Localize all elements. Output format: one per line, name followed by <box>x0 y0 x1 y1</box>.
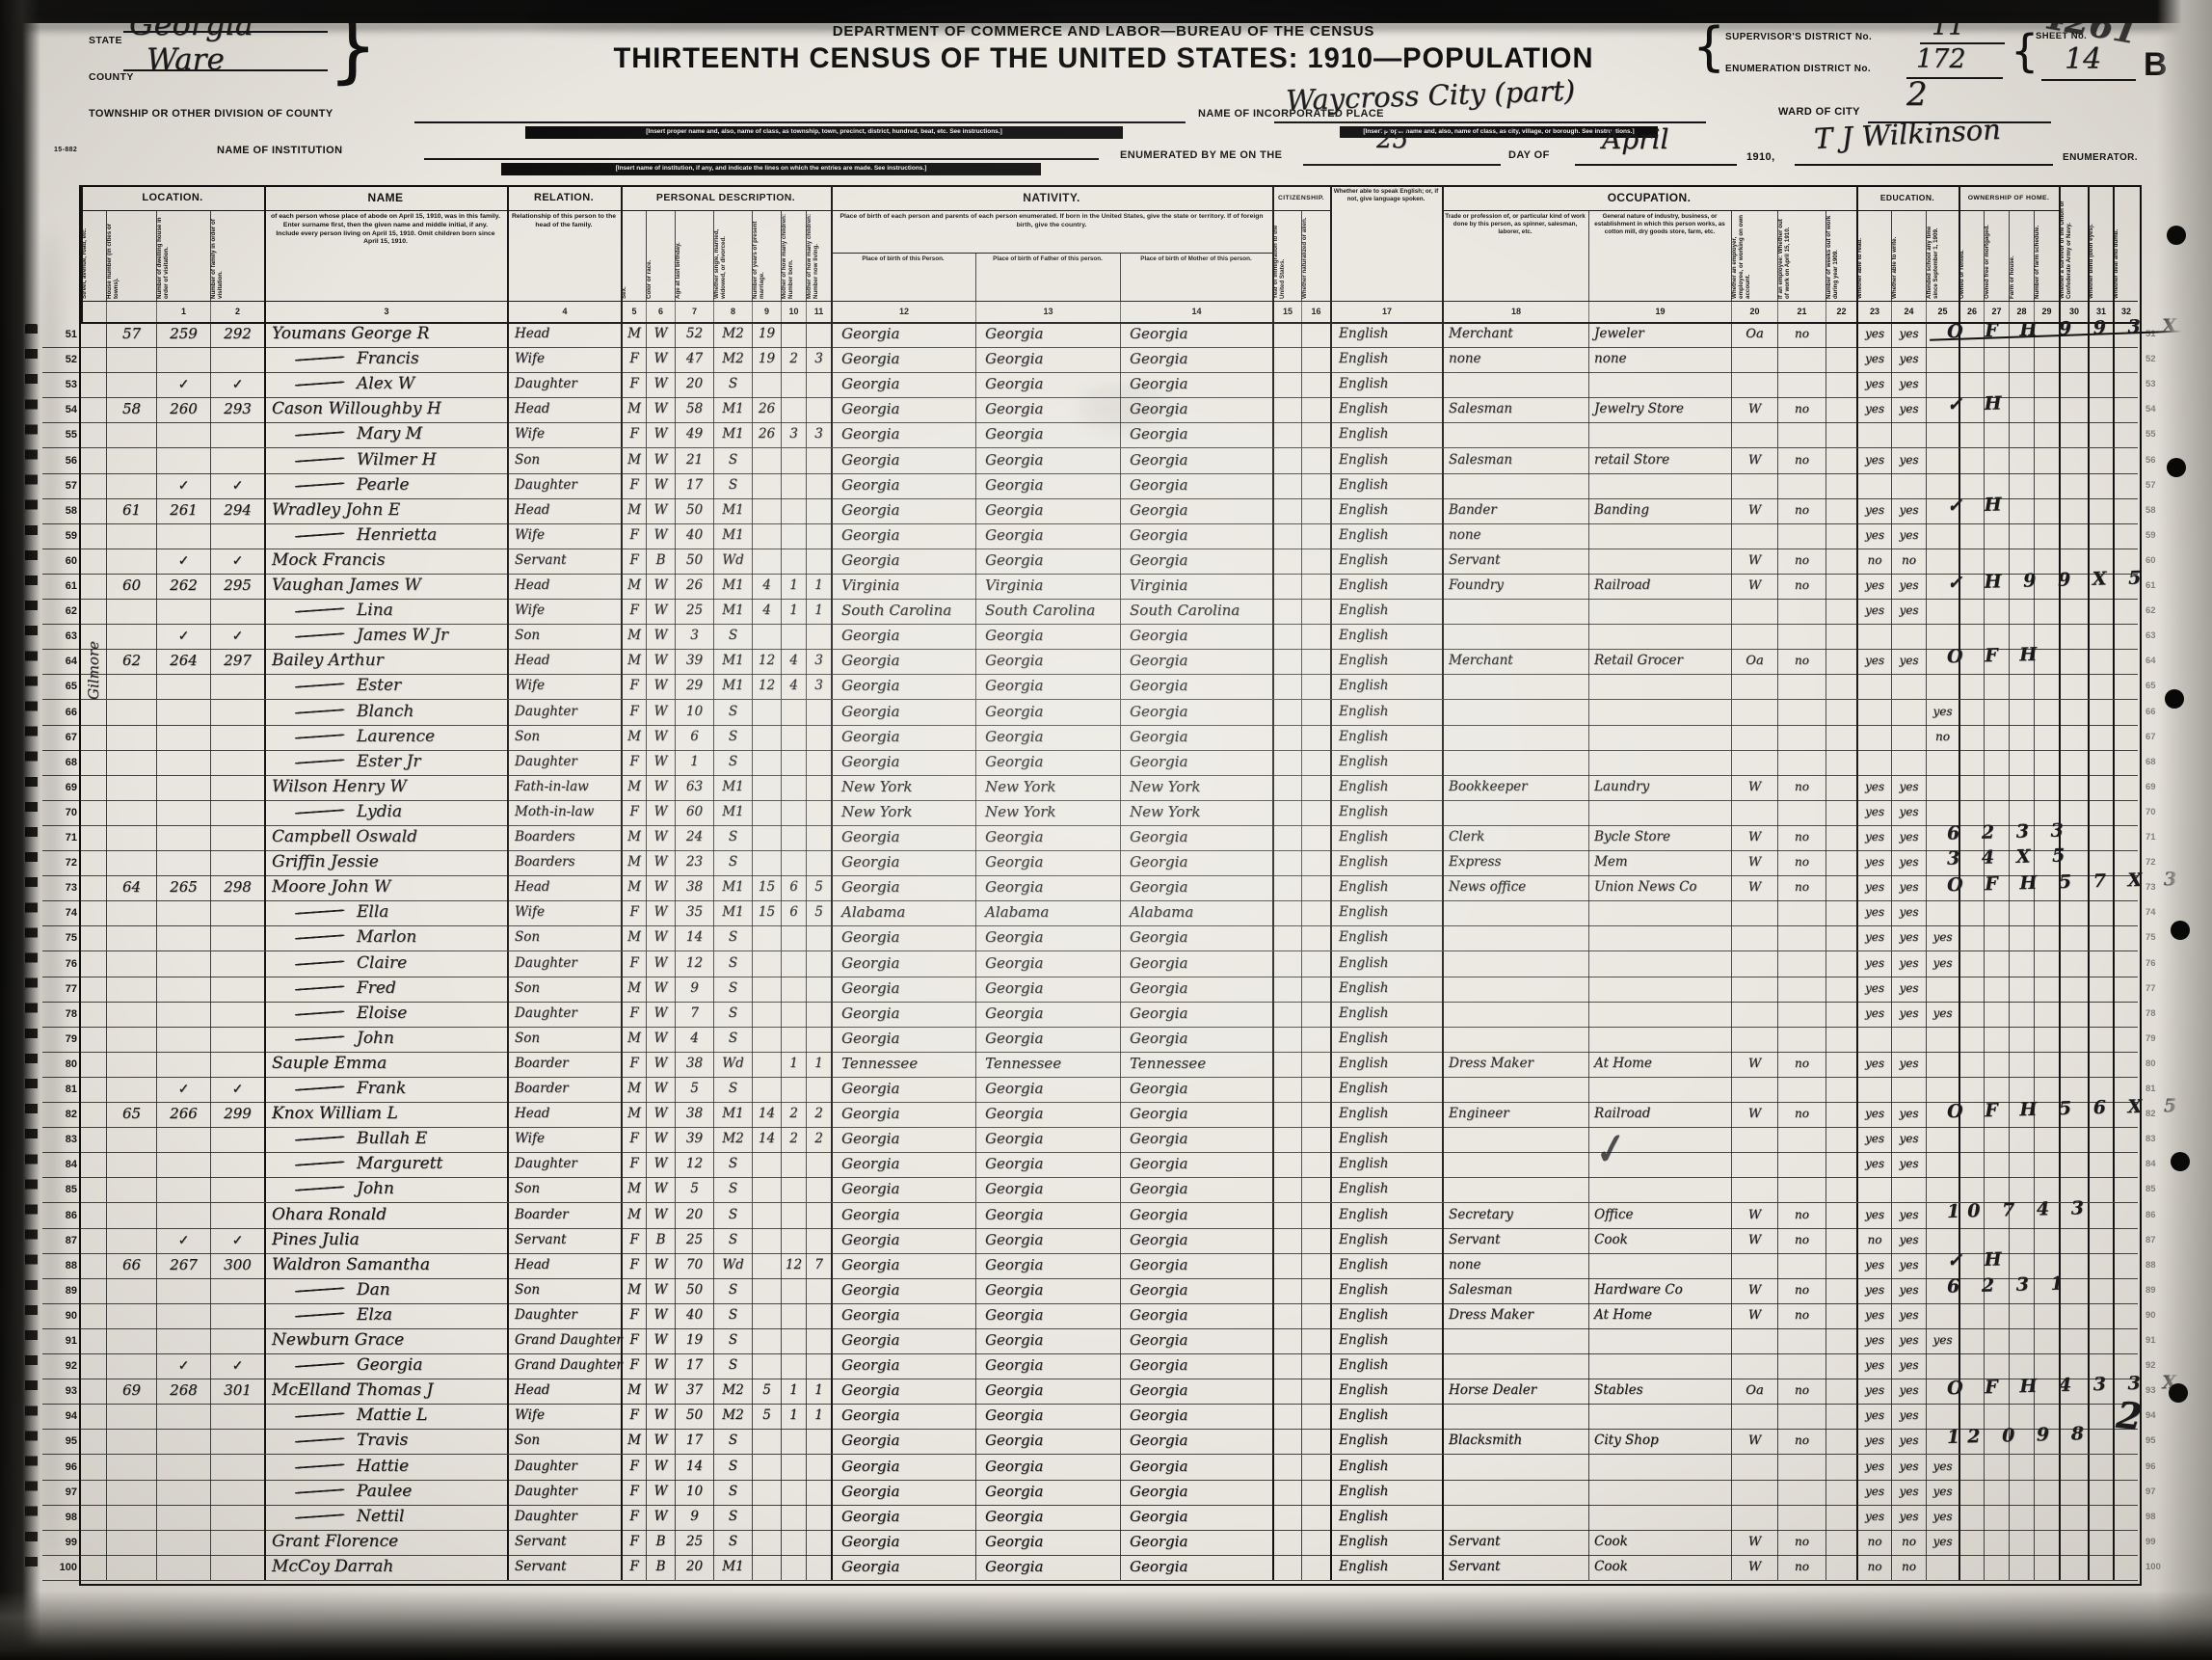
cell-emp <box>1731 1480 1777 1505</box>
cell-years <box>752 1228 781 1253</box>
cell-emp <box>1731 523 1777 549</box>
cell-house <box>106 977 156 1002</box>
cell-deaf <box>2113 624 2138 649</box>
cell-nat <box>1301 925 1330 950</box>
cell-marital: S <box>713 1077 752 1102</box>
cell-farm <box>2009 1303 2034 1328</box>
cell-name: Ella <box>264 900 507 925</box>
cell-write: no <box>1891 1555 1926 1580</box>
cell-blind <box>2088 473 2113 498</box>
cell-deaf <box>2113 1530 2138 1555</box>
cell-bpf: Georgia <box>975 549 1120 574</box>
cell-marital: S <box>713 448 752 473</box>
ditto-mark <box>295 734 345 739</box>
cell-bpf: Georgia <box>975 925 1120 950</box>
cell-read: yes <box>1856 1102 1891 1127</box>
cell-blind <box>2088 1303 2113 1328</box>
cell-relation: Daughter <box>507 1480 621 1505</box>
cell-marital: M2 <box>713 347 752 372</box>
cell-write <box>1891 1177 1926 1202</box>
cell-dwelling <box>156 1177 210 1202</box>
cell-age: 50 <box>675 1404 713 1429</box>
cell-bpm: Georgia <box>1120 1429 1272 1454</box>
cell-surv <box>2059 1455 2088 1480</box>
cell-marital: S <box>713 850 752 875</box>
cell-imm <box>1272 1480 1301 1505</box>
cell-write: yes <box>1891 1480 1926 1505</box>
tabulation-mark: 12 0 9 8 <box>1947 1423 2092 1448</box>
cell-industry <box>1588 549 1731 574</box>
cell-age: 12 <box>675 951 713 977</box>
cell-born <box>781 1027 806 1052</box>
cell-industry <box>1588 977 1731 1002</box>
cell-house: 57 <box>106 322 156 347</box>
cell-deaf <box>2113 1052 2138 1077</box>
ditto-mark <box>295 1312 345 1318</box>
cell-school: yes <box>1926 700 1959 725</box>
cell-street <box>81 1429 106 1454</box>
cell-born <box>781 825 806 850</box>
census-row: 9494Mattie LWifeFW50M2511GeorgiaGeorgiaG… <box>42 1404 2138 1430</box>
cell-born <box>781 1505 806 1530</box>
cell-farm <box>2009 523 2034 549</box>
cell-imm <box>1272 397 1301 422</box>
cell-school <box>1926 674 1959 699</box>
cell-family <box>210 1152 264 1177</box>
cell-house <box>106 1077 156 1102</box>
col-header-nat: Whether naturalized or alien. <box>1301 210 1330 301</box>
cell-age: 38 <box>675 1102 713 1127</box>
cell-lang: English <box>1330 372 1442 397</box>
cell-years: 12 <box>752 674 781 699</box>
cell-living <box>806 1429 831 1454</box>
cell-bp: Georgia <box>831 1177 975 1202</box>
cell-lang: English <box>1330 473 1442 498</box>
cell-bpf: Georgia <box>975 674 1120 699</box>
cell-relation: Wife <box>507 599 621 624</box>
cell-school: yes <box>1926 1328 1959 1353</box>
cell-years <box>752 1530 781 1555</box>
cell-owned <box>1959 1530 1984 1555</box>
cell-free <box>1984 1127 2009 1152</box>
cell-sched <box>2034 775 2059 800</box>
cell-name: Ester Jr <box>264 750 507 775</box>
cell-school <box>1926 1077 1959 1102</box>
cell-trade: Salesman <box>1442 1278 1588 1303</box>
cell-sex: F <box>621 1530 646 1555</box>
cell-color: W <box>646 322 675 347</box>
census-row: 6363✓✓James W JrSonMW3SGeorgiaGeorgiaGeo… <box>42 624 2138 650</box>
cell-bpm: Georgia <box>1120 1177 1272 1202</box>
cell-write <box>1891 700 1926 725</box>
cell-trade <box>1442 1027 1588 1052</box>
cell-marital: S <box>713 1203 752 1228</box>
cell-imm <box>1272 951 1301 977</box>
cell-surv <box>2059 1555 2088 1580</box>
cell-farm <box>2009 347 2034 372</box>
cell-color: W <box>646 825 675 850</box>
census-row: 888866267300Waldron SamanthaHeadFW70Wd12… <box>42 1253 2138 1279</box>
cell-trade <box>1442 1480 1588 1505</box>
cell-trade <box>1442 372 1588 397</box>
cell-marital: S <box>713 977 752 1002</box>
cell-family: 300 <box>210 1253 264 1278</box>
col-number-house <box>106 301 156 322</box>
cell-farm <box>2009 925 2034 950</box>
cell-owned <box>1959 1002 1984 1027</box>
cell-living <box>806 775 831 800</box>
cell-free <box>1984 900 2009 925</box>
cell-family <box>210 977 264 1002</box>
cell-lang: English <box>1330 825 1442 850</box>
cell-bpf: Georgia <box>975 750 1120 775</box>
cell-dwelling <box>156 1555 210 1580</box>
cell-house: 61 <box>106 498 156 523</box>
cell-surv <box>2059 422 2088 447</box>
cell-owned <box>1959 448 1984 473</box>
cell-age: 7 <box>675 1002 713 1027</box>
cell-sex: F <box>621 473 646 498</box>
cell-read: yes <box>1856 925 1891 950</box>
cell-school <box>1926 1177 1959 1202</box>
cell-dwelling <box>156 775 210 800</box>
cell-surv <box>2059 1530 2088 1555</box>
census-row: 7676ClaireDaughterFW12SGeorgiaGeorgiaGeo… <box>42 951 2138 977</box>
cell-marital: M1 <box>713 599 752 624</box>
cell-outwork <box>1777 1177 1826 1202</box>
cell-lang: English <box>1330 674 1442 699</box>
cell-age: 9 <box>675 1505 713 1530</box>
cell-bp: Georgia <box>831 322 975 347</box>
cell-emp: Oa <box>1731 649 1777 674</box>
cell-farm <box>2009 1505 2034 1530</box>
cell-weeks <box>1826 599 1856 624</box>
cell-marital: M1 <box>713 649 752 674</box>
cell-imm <box>1272 1379 1301 1404</box>
cell-dwelling <box>156 925 210 950</box>
cell-color: W <box>646 800 675 825</box>
cell-years <box>752 750 781 775</box>
cell-imm <box>1272 1253 1301 1278</box>
cell-sex: M <box>621 624 646 649</box>
cell-surv <box>2059 900 2088 925</box>
cell-nat <box>1301 1328 1330 1353</box>
cell-bp: Georgia <box>831 372 975 397</box>
cell-house <box>106 1505 156 1530</box>
cell-age: 23 <box>675 850 713 875</box>
cell-deaf <box>2113 1480 2138 1505</box>
cell-read: yes <box>1856 1379 1891 1404</box>
cell-outwork <box>1777 750 1826 775</box>
cell-dwelling <box>156 725 210 750</box>
cell-years <box>752 1429 781 1454</box>
cell-imm <box>1272 322 1301 347</box>
cell-dwelling: 266 <box>156 1102 210 1127</box>
cell-bpf: Georgia <box>975 1152 1120 1177</box>
cell-industry <box>1588 1253 1731 1278</box>
col-number-years: 9 <box>752 301 781 322</box>
cell-school <box>1926 448 1959 473</box>
cell-write: yes <box>1891 800 1926 825</box>
cell-color: W <box>646 347 675 372</box>
cell-bp: Georgia <box>831 1328 975 1353</box>
cell-weeks <box>1826 900 1856 925</box>
cell-outwork: no <box>1777 1228 1826 1253</box>
cell-industry <box>1588 599 1731 624</box>
ditto-mark <box>295 1513 345 1519</box>
census-row: 5555Mary MWifeFW49M12633GeorgiaGeorgiaGe… <box>42 422 2138 448</box>
cell-weeks <box>1826 574 1856 599</box>
cell-blind <box>2088 1505 2113 1530</box>
cell-owned <box>1959 674 1984 699</box>
cell-write: yes <box>1891 875 1926 900</box>
cell-dwelling <box>156 448 210 473</box>
cell-imm <box>1272 1052 1301 1077</box>
cell-street <box>81 1027 106 1052</box>
cell-relation: Wife <box>507 674 621 699</box>
cell-age: 24 <box>675 825 713 850</box>
cell-house <box>106 925 156 950</box>
cell-lang: English <box>1330 549 1442 574</box>
census-row: 6565EsterWifeFW29M11243GeorgiaGeorgiaGeo… <box>42 674 2138 700</box>
cell-relation: Daughter <box>507 1002 621 1027</box>
cell-years: 15 <box>752 875 781 900</box>
cell-years: 15 <box>752 900 781 925</box>
cell-age: 5 <box>675 1177 713 1202</box>
cell-relation: Wife <box>507 1404 621 1429</box>
street-name-annotation: Gilmore <box>85 546 102 700</box>
cell-imm <box>1272 1328 1301 1353</box>
cell-trade <box>1442 1152 1588 1177</box>
cell-trade <box>1442 624 1588 649</box>
cell-color: W <box>646 750 675 775</box>
cell-sex: F <box>621 372 646 397</box>
cell-name: McElland Thomas J <box>264 1379 507 1404</box>
cell-trade: Merchant <box>1442 649 1588 674</box>
cell-color: W <box>646 649 675 674</box>
cell-write: yes <box>1891 900 1926 925</box>
cell-lang: English <box>1330 498 1442 523</box>
cell-sched <box>2034 372 2059 397</box>
col-header-blind: Whether blind (both eyes). <box>2088 185 2113 301</box>
cell-blind <box>2088 1253 2113 1278</box>
cell-street <box>81 1379 106 1404</box>
cell-imm <box>1272 750 1301 775</box>
cell-color: W <box>646 1077 675 1102</box>
cell-blind <box>2088 599 2113 624</box>
cell-read: yes <box>1856 951 1891 977</box>
cell-imm <box>1272 549 1301 574</box>
scan-edge-top <box>0 0 2212 23</box>
cell-relation: Grand Daughter <box>507 1353 621 1379</box>
cell-bpf: Georgia <box>975 1379 1120 1404</box>
cell-weeks <box>1826 951 1856 977</box>
cell-nat <box>1301 674 1330 699</box>
cell-write: yes <box>1891 1152 1926 1177</box>
cell-trade: Servant <box>1442 1228 1588 1253</box>
cell-family <box>210 725 264 750</box>
cell-color: W <box>646 1480 675 1505</box>
cell-owned <box>1959 1353 1984 1379</box>
cell-imm <box>1272 1127 1301 1152</box>
col-number-owned: 26 <box>1959 301 1984 322</box>
cell-industry: City Shop <box>1588 1429 1731 1454</box>
cell-deaf <box>2113 422 2138 447</box>
cell-bpf: Georgia <box>975 1253 1120 1278</box>
group-header: NATIVITY. <box>831 185 1272 210</box>
cell-relation: Daughter <box>507 1303 621 1328</box>
line-number: 100 <box>48 1555 77 1580</box>
cell-family <box>210 448 264 473</box>
cell-deaf <box>2113 649 2138 674</box>
ditto-mark <box>295 709 345 714</box>
cell-sex: F <box>621 523 646 549</box>
cell-bp: Georgia <box>831 397 975 422</box>
cell-weeks <box>1826 624 1856 649</box>
cell-family <box>210 1429 264 1454</box>
cell-family <box>210 825 264 850</box>
cell-dwelling <box>156 1278 210 1303</box>
cell-bpm: South Carolina <box>1120 599 1272 624</box>
cell-emp <box>1731 750 1777 775</box>
cell-color: W <box>646 1303 675 1328</box>
cell-family <box>210 900 264 925</box>
cell-sex: M <box>621 775 646 800</box>
cell-weeks <box>1826 1404 1856 1429</box>
cell-street <box>81 775 106 800</box>
punch-hole <box>2171 921 2190 940</box>
cell-name: Francis <box>264 347 507 372</box>
cell-school <box>1926 1303 1959 1328</box>
cell-family <box>210 750 264 775</box>
cell-sched <box>2034 750 2059 775</box>
cell-nat <box>1301 1353 1330 1379</box>
cell-write: yes <box>1891 523 1926 549</box>
cell-bpf: Georgia <box>975 498 1120 523</box>
cell-owned <box>1959 1480 1984 1505</box>
cell-bp: Georgia <box>831 422 975 447</box>
cell-name: Griffin Jessie <box>264 850 507 875</box>
cell-trade: Servant <box>1442 549 1588 574</box>
cell-relation: Head <box>507 322 621 347</box>
cell-years <box>752 800 781 825</box>
cell-outwork: no <box>1777 498 1826 523</box>
cell-street <box>81 1077 106 1102</box>
cell-owned <box>1959 1052 1984 1077</box>
cell-write: yes <box>1891 1379 1926 1404</box>
cell-weeks <box>1826 347 1856 372</box>
cell-trade: Blacksmith <box>1442 1429 1588 1454</box>
cell-sched <box>2034 1455 2059 1480</box>
cell-weeks <box>1826 1455 1856 1480</box>
cell-industry: none <box>1588 347 1731 372</box>
cell-name: John <box>264 1027 507 1052</box>
cell-weeks <box>1826 649 1856 674</box>
cell-deaf <box>2113 372 2138 397</box>
cell-outwork <box>1777 1127 1826 1152</box>
cell-outwork <box>1777 1027 1826 1052</box>
cell-imm <box>1272 1002 1301 1027</box>
cell-house <box>106 1278 156 1303</box>
cell-nat <box>1301 1429 1330 1454</box>
cell-surv <box>2059 498 2088 523</box>
cell-color: W <box>646 599 675 624</box>
cell-family: ✓ <box>210 1353 264 1379</box>
cell-bpf: Georgia <box>975 347 1120 372</box>
cell-years <box>752 1027 781 1052</box>
cell-house <box>106 1328 156 1353</box>
cell-weeks <box>1826 775 1856 800</box>
cell-lang: English <box>1330 1555 1442 1580</box>
cell-deaf <box>2113 1303 2138 1328</box>
cell-living: 7 <box>806 1253 831 1278</box>
cell-born <box>781 1002 806 1027</box>
cell-sex: M <box>621 322 646 347</box>
cell-bpf: Virginia <box>975 574 1120 599</box>
cell-name: Hattie <box>264 1455 507 1480</box>
cell-name: Knox William L <box>264 1102 507 1127</box>
cell-lang: English <box>1330 1027 1442 1052</box>
cell-deaf <box>2113 498 2138 523</box>
ditto-mark <box>295 1136 345 1141</box>
cell-school <box>1926 1052 1959 1077</box>
col-header-bp: Place of birth of this Person. <box>831 253 975 301</box>
cell-blind <box>2088 624 2113 649</box>
cell-emp: W <box>1731 397 1777 422</box>
cell-house <box>106 1052 156 1077</box>
cell-relation: Servant <box>507 1555 621 1580</box>
cell-sched <box>2034 1505 2059 1530</box>
cell-name: Nettil <box>264 1505 507 1530</box>
cell-industry <box>1588 1455 1731 1480</box>
cell-nat <box>1301 1027 1330 1052</box>
cell-farm <box>2009 397 2034 422</box>
cell-write: yes <box>1891 951 1926 977</box>
cell-relation: Son <box>507 925 621 950</box>
census-row: 9898NettilDaughterFW9SGeorgiaGeorgiaGeor… <box>42 1505 2138 1531</box>
cell-trade <box>1442 674 1588 699</box>
cell-house <box>106 1203 156 1228</box>
cell-marital: S <box>713 1328 752 1353</box>
cell-color: B <box>646 1555 675 1580</box>
cell-weeks <box>1826 800 1856 825</box>
cell-read <box>1856 473 1891 498</box>
cell-color: W <box>646 725 675 750</box>
scan-smudge <box>42 231 58 1562</box>
cell-read: yes <box>1856 1152 1891 1177</box>
cell-write <box>1891 674 1926 699</box>
cell-name: Moore John W <box>264 875 507 900</box>
cell-emp: W <box>1731 1278 1777 1303</box>
cell-name: Vaughan James W <box>264 574 507 599</box>
cell-bpm: Georgia <box>1120 1353 1272 1379</box>
cell-trade: Dress Maker <box>1442 1303 1588 1328</box>
census-row: 9090ElzaDaughterFW40SGeorgiaGeorgiaGeorg… <box>42 1303 2138 1329</box>
cell-color: W <box>646 674 675 699</box>
cell-farm <box>2009 750 2034 775</box>
col-header-sched: Number of farm schedule. <box>2034 210 2059 301</box>
cell-born: 12 <box>781 1253 806 1278</box>
cell-color: W <box>646 1127 675 1152</box>
cell-relation: Daughter <box>507 473 621 498</box>
cell-family <box>210 1505 264 1530</box>
cell-name: Sauple Emma <box>264 1052 507 1077</box>
cell-nat <box>1301 775 1330 800</box>
cell-emp: W <box>1731 1052 1777 1077</box>
cell-family: 295 <box>210 574 264 599</box>
cell-read <box>1856 1177 1891 1202</box>
cell-family <box>210 1455 264 1480</box>
